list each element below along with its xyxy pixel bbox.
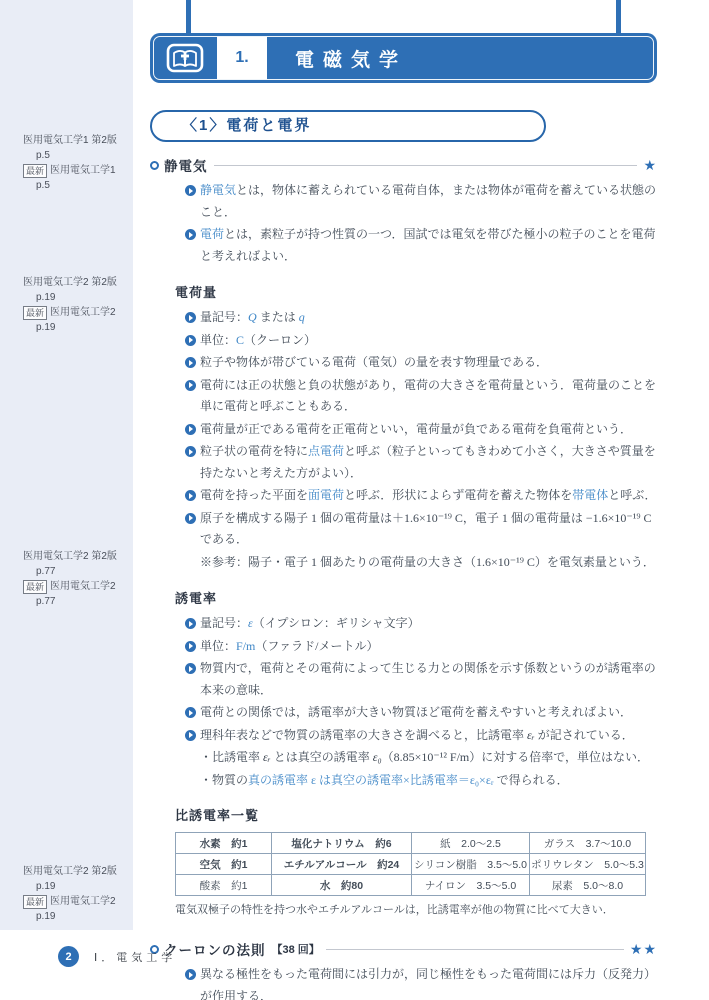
bullet-text: 理科年表などで物質の誘電率の大きさを調べると，比誘電率 εᵣ が記されている． xyxy=(200,728,634,742)
latest-badge: 最新 xyxy=(23,164,47,178)
page-footer: 2 Ⅰ．電気工学 xyxy=(58,946,176,967)
keyword-text: C xyxy=(236,333,244,347)
sidebar-ref: 医用電気工学2 第2版p.77最新医用電気工学2p.77 xyxy=(23,549,131,609)
sidebar: 医用電気工学1 第2版p.5最新医用電気工学1p.5医用電気工学2 第2版p.1… xyxy=(0,0,133,930)
ref-latest-title: 医用電気工学1 xyxy=(50,163,116,178)
sidebar-ref: 医用電気工学1 第2版p.5最新医用電気工学1p.5 xyxy=(23,133,131,193)
bullet-text: 異なる極性をもった電荷間には引力が，同じ極性をもった電荷間には斥力（反発力）が作… xyxy=(200,967,656,1000)
bullet-list: 静電気とは，物体に蓄えられている電荷自体，または物体が電荷を蓄えている状態のこと… xyxy=(150,180,657,267)
chapter-title: 電磁気学 xyxy=(295,37,407,79)
text-run: （イプシロン：ギリシャ文字） xyxy=(253,616,420,630)
bullet-text: 電荷との関係では，誘電率が大きい物質ほど電荷を蓄えやすいと考えればよい． xyxy=(200,705,632,719)
bullet-text: 静電気とは，物体に蓄えられている電荷自体，または物体が電荷を蓄えている状態のこと… xyxy=(200,183,656,219)
bullet-item: ・物質の真の誘電率 ε は真空の誘電率×比誘電率＝ε₀×εᵣ で得られる． xyxy=(150,770,657,792)
table-caption: 電気双極子の特性を持つ水やエチルアルコールは，比誘電率が他の物質に比べて大きい． xyxy=(175,901,657,917)
bullet-item: 量記号：Q または q xyxy=(150,307,657,329)
keyword-text: 帯電体 xyxy=(572,488,608,502)
bullet-item: 量記号：ε（イプシロン：ギリシャ文字） xyxy=(150,613,657,635)
importance-stars: ★ xyxy=(643,157,657,174)
circle-arrow-icon xyxy=(185,969,196,980)
table-cell: シリコン樹脂 3.5〜5.0 xyxy=(412,854,530,875)
keyword-text: F/m xyxy=(236,639,255,653)
section-heading: 〈1〉電荷と電界 xyxy=(150,110,546,142)
text-run: とは，素粒子が持つ性質の一つ．国試では電気を帯びた極小の粒子のことを電荷と考えれ… xyxy=(200,227,656,263)
keyword-text: q xyxy=(299,310,305,324)
table-row: 酸素 約1水 約80ナイロン 3.5〜5.0尿素 5.0〜8.0 xyxy=(176,875,646,896)
importance-stars: ★★ xyxy=(630,941,657,958)
circle-arrow-icon xyxy=(185,312,196,323)
ref-latest-row: 最新医用電気工学2 xyxy=(23,894,131,909)
topic-heading: クーロンの法則【38 回】★★ xyxy=(150,939,657,959)
circle-arrow-icon xyxy=(185,663,196,674)
connector-line-left xyxy=(186,0,191,37)
bullet-text: 物質内で，電荷とその電荷によって生じる力との関係を示す係数というのが誘電率の本来… xyxy=(200,661,656,697)
text-run: 電荷量が正である電荷を正電荷といい，電荷量が負である電荷を負電荷という． xyxy=(200,422,632,436)
table-row: 空気 約1エチルアルコール 約24シリコン樹脂 3.5〜5.0ポリウレタン 5.… xyxy=(176,854,646,875)
ref-title: 医用電気工学1 第2版 xyxy=(23,133,131,148)
subheading: 誘電率 xyxy=(150,588,657,607)
text-run: 電荷には正の状態と負の状態があり，電荷の大きさを電荷量という．電荷量のことを単に… xyxy=(200,378,656,414)
circle-arrow-icon xyxy=(185,335,196,346)
text-run: ・物質の xyxy=(200,773,248,787)
bullet-item: ・比誘電率 εᵣ とは真空の誘電率 ε₀（8.85×10⁻¹² F/m）に対する… xyxy=(150,747,657,769)
text-run: が記されている． xyxy=(535,728,634,742)
circle-arrow-icon xyxy=(185,707,196,718)
table-title: 比誘電率一覧 xyxy=(175,805,657,824)
bullet-item: 静電気とは，物体に蓄えられている電荷自体，または物体が電荷を蓄えている状態のこと… xyxy=(150,180,657,223)
circle-arrow-icon xyxy=(185,229,196,240)
topic-heading: 静電気★ xyxy=(150,155,657,175)
leader-line xyxy=(214,165,638,166)
bullet-item: 単位：C（クーロン） xyxy=(150,330,657,352)
latest-badge: 最新 xyxy=(23,306,47,320)
keyword-text: ε₀ xyxy=(373,750,382,764)
text-run: で得られる． xyxy=(494,773,569,787)
bullet-text: 単位：F/m（ファラド/メートル） xyxy=(200,639,378,653)
circle-arrow-icon xyxy=(185,618,196,629)
topic-title: クーロンの法則 xyxy=(164,939,266,959)
table-cell: エチルアルコール 約24 xyxy=(272,854,412,875)
bullet-item: 単位：F/m（ファラド/メートル） xyxy=(150,636,657,658)
text-run: （8.85×10⁻¹² F/m）に対する倍率で，単位はない． xyxy=(382,750,649,764)
chapter-header: 1. 電磁気学 xyxy=(150,33,657,83)
bullet-text: 電荷とは，素粒子が持つ性質の一つ．国試では電気を帯びた極小の粒子のことを電荷と考… xyxy=(200,227,656,263)
keyword-text: 静電気 xyxy=(200,183,236,197)
ref-title: 医用電気工学2 第2版 xyxy=(23,864,131,879)
text-run: 単位： xyxy=(200,333,236,347)
topic-title: 静電気 xyxy=(164,155,208,175)
textbook-page: { "colors": { "accent_blue": "#2e6fb5", … xyxy=(0,0,709,1000)
chapter-number: 1. xyxy=(217,37,267,79)
exam-round-tag: 【38 回】 xyxy=(272,941,320,957)
bullet-item: ※参考：陽子・電子 1 個あたりの電荷量の大きさ（1.6×10⁻¹⁹ C）を電気… xyxy=(150,552,657,574)
keyword-text: 電荷 xyxy=(200,227,224,241)
text-run: と呼ぶ． xyxy=(608,488,656,502)
bullet-text: ・比誘電率 εᵣ とは真空の誘電率 ε₀（8.85×10⁻¹² F/m）に対する… xyxy=(200,750,649,764)
table-cell: 紙 2.0〜2.5 xyxy=(412,833,530,854)
bullet-item: 電荷との関係では，誘電率が大きい物質ほど電荷を蓄えやすいと考えればよい． xyxy=(150,702,657,724)
bullet-text: 原子を構成する陽子 1 個の電荷量は＋1.6×10⁻¹⁹ C，電子 1 個の電荷… xyxy=(200,511,652,547)
table-block: 比誘電率一覧水素 約1塩化ナトリウム 約6紙 2.0〜2.5ガラス 3.7〜10… xyxy=(150,805,657,917)
latest-badge: 最新 xyxy=(23,895,47,909)
circle-outline-icon xyxy=(150,161,159,170)
ref-latest-page: p.5 xyxy=(23,178,131,193)
bullet-text: 量記号：Q または q xyxy=(200,310,305,324)
bullet-item: 電荷には正の状態と負の状態があり，電荷の大きさを電荷量という．電荷量のことを単に… xyxy=(150,375,657,418)
text-run: とは，物体に蓄えられている電荷自体，または物体が電荷を蓄えている状態のこと． xyxy=(200,183,656,219)
bullet-item: 粒子や物体が帯びている電荷（電気）の量を表す物理量である． xyxy=(150,352,657,374)
bullet-item: 粒子状の電荷を特に点電荷と呼ぶ（粒子といってもきわめて小さく，大きさや質量を持た… xyxy=(150,441,657,484)
text-run: 原子を構成する陽子 1 個の電荷量は＋1.6×10⁻¹⁹ C，電子 1 個の電荷… xyxy=(200,511,652,547)
bullet-item: 異なる極性をもった電荷間には引力が，同じ極性をもった電荷間には斥力（反発力）が作… xyxy=(150,964,657,1000)
table-row: 水素 約1塩化ナトリウム 約6紙 2.0〜2.5ガラス 3.7〜10.0 xyxy=(176,833,646,854)
subheading: 電荷量 xyxy=(150,282,657,301)
bullet-list: 異なる極性をもった電荷間には引力が，同じ極性をもった電荷間には斥力（反発力）が作… xyxy=(150,964,657,1000)
keyword-text: εᵣ xyxy=(527,728,535,742)
text-run: 粒子や物体が帯びている電荷（電気）の量を表す物理量である． xyxy=(200,355,548,369)
ref-latest-row: 最新医用電気工学2 xyxy=(23,305,131,320)
leader-line xyxy=(326,949,624,950)
bullet-list: 量記号：ε（イプシロン：ギリシャ文字）単位：F/m（ファラド/メートル）物質内で… xyxy=(150,613,657,791)
circle-arrow-icon xyxy=(185,490,196,501)
sidebar-ref: 医用電気工学2 第2版p.19最新医用電気工学2p.19 xyxy=(23,864,131,924)
circle-arrow-icon xyxy=(185,641,196,652)
keyword-text: Q xyxy=(248,310,257,324)
keyword-text: 面電荷 xyxy=(308,488,344,502)
medical-book-icon xyxy=(166,37,204,79)
ref-latest-title: 医用電気工学2 xyxy=(50,305,116,320)
table-cell: 水 約80 xyxy=(272,875,412,896)
bullet-item: 電荷量が正である電荷を正電荷といい，電荷量が負である電荷を負電荷という． xyxy=(150,419,657,441)
text-run: ※参考：陽子・電子 1 個あたりの電荷量の大きさ（1.6×10⁻¹⁹ C）を電気… xyxy=(200,555,655,569)
circle-arrow-icon xyxy=(185,357,196,368)
table-cell: ポリウレタン 5.0〜5.3 xyxy=(530,854,646,875)
text-run: 電荷との関係では，誘電率が大きい物質ほど電荷を蓄えやすいと考えればよい． xyxy=(200,705,632,719)
table-cell: ガラス 3.7〜10.0 xyxy=(530,833,646,854)
ref-latest-row: 最新医用電気工学1 xyxy=(23,163,131,178)
text-run: 量記号： xyxy=(200,310,248,324)
ref-latest-row: 最新医用電気工学2 xyxy=(23,579,131,594)
ref-title: 医用電気工学2 第2版 xyxy=(23,549,131,564)
table-cell: 酸素 約1 xyxy=(176,875,272,896)
bullet-text: 単位：C（クーロン） xyxy=(200,333,316,347)
circle-arrow-icon xyxy=(185,730,196,741)
text-run: 単位： xyxy=(200,639,236,653)
bullet-text: 粒子や物体が帯びている電荷（電気）の量を表す物理量である． xyxy=(200,355,548,369)
keyword-text: 真の誘電率 ε は真空の誘電率×比誘電率＝ε₀×εᵣ xyxy=(248,773,494,787)
keyword-text: 点電荷 xyxy=(308,444,344,458)
bullet-text: ※参考：陽子・電子 1 個あたりの電荷量の大きさ（1.6×10⁻¹⁹ C）を電気… xyxy=(200,555,655,569)
text-run: と呼ぶ．形状によらず電荷を蓄えた物体を xyxy=(344,488,572,502)
text-run: （ファラド/メートル） xyxy=(255,639,378,653)
ref-page: p.5 xyxy=(23,148,131,163)
circle-arrow-icon xyxy=(185,446,196,457)
connector-line-right xyxy=(616,0,621,37)
table-cell: 塩化ナトリウム 約6 xyxy=(272,833,412,854)
page-number-badge: 2 xyxy=(58,946,79,967)
bullet-text: 電荷を持った平面を面電荷と呼ぶ．形状によらず電荷を蓄えた物体を帯電体と呼ぶ． xyxy=(200,488,657,502)
bullet-item: 原子を構成する陽子 1 個の電荷量は＋1.6×10⁻¹⁹ C，電子 1 個の電荷… xyxy=(150,508,657,551)
ref-title: 医用電気工学2 第2版 xyxy=(23,275,131,290)
ref-page: p.19 xyxy=(23,290,131,305)
ref-page: p.19 xyxy=(23,879,131,894)
text-run: 物質内で，電荷とその電荷によって生じる力との関係を示す係数というのが誘電率の本来… xyxy=(200,661,656,697)
bullet-text: 電荷には正の状態と負の状態があり，電荷の大きさを電荷量という．電荷量のことを単に… xyxy=(200,378,656,414)
latest-badge: 最新 xyxy=(23,580,47,594)
circle-arrow-icon xyxy=(185,513,196,524)
bullet-text: 粒子状の電荷を特に点電荷と呼ぶ（粒子といってもきわめて小さく，大きさや質量を持た… xyxy=(200,444,656,480)
bullet-item: 電荷とは，素粒子が持つ性質の一つ．国試では電気を帯びた極小の粒子のことを電荷と考… xyxy=(150,224,657,267)
table-cell: 空気 約1 xyxy=(176,854,272,875)
table-cell: 尿素 5.0〜8.0 xyxy=(530,875,646,896)
text-run: ・比誘電率 xyxy=(200,750,263,764)
text-run: または xyxy=(257,310,299,324)
chapter-header-inner: 1. 電磁気学 xyxy=(153,36,654,80)
footer-section-label: Ⅰ．電気工学 xyxy=(94,949,176,965)
text-run: （クーロン） xyxy=(244,333,316,347)
relative-permittivity-table: 水素 約1塩化ナトリウム 約6紙 2.0〜2.5ガラス 3.7〜10.0空気 約… xyxy=(175,832,646,896)
circle-arrow-icon xyxy=(185,380,196,391)
content-blocks: 静電気★静電気とは，物体に蓄えられている電荷自体，または物体が電荷を蓄えている状… xyxy=(150,155,657,1000)
main-content: 〈1〉電荷と電界 静電気★静電気とは，物体に蓄えられている電荷自体，または物体が… xyxy=(150,110,657,1000)
bullet-item: 物質内で，電荷とその電荷によって生じる力との関係を示す係数というのが誘電率の本来… xyxy=(150,658,657,701)
circle-arrow-icon xyxy=(185,424,196,435)
ref-latest-page: p.77 xyxy=(23,594,131,609)
keyword-text: εᵣ xyxy=(263,750,271,764)
table-cell: ナイロン 3.5〜5.0 xyxy=(412,875,530,896)
text-run: 粒子状の電荷を特に xyxy=(200,444,308,458)
bullet-text: 量記号：ε（イプシロン：ギリシャ文字） xyxy=(200,616,420,630)
ref-latest-title: 医用電気工学2 xyxy=(50,579,116,594)
ref-latest-page: p.19 xyxy=(23,909,131,924)
ref-latest-page: p.19 xyxy=(23,320,131,335)
bullet-item: 理科年表などで物質の誘電率の大きさを調べると，比誘電率 εᵣ が記されている． xyxy=(150,725,657,747)
bullet-text: 電荷量が正である電荷を正電荷といい，電荷量が負である電荷を負電荷という． xyxy=(200,422,632,436)
ref-page: p.77 xyxy=(23,564,131,579)
text-run: 電荷を持った平面を xyxy=(200,488,308,502)
table-cell: 水素 約1 xyxy=(176,833,272,854)
text-run: 量記号： xyxy=(200,616,248,630)
text-run: 異なる極性をもった電荷間には引力が，同じ極性をもった電荷間には斥力（反発力）が作… xyxy=(200,967,656,1000)
text-run: とは真空の誘電率 xyxy=(271,750,373,764)
text-run: 理科年表などで物質の誘電率の大きさを調べると，比誘電率 xyxy=(200,728,527,742)
bullet-item: 電荷を持った平面を面電荷と呼ぶ．形状によらず電荷を蓄えた物体を帯電体と呼ぶ． xyxy=(150,485,657,507)
bullet-text: ・物質の真の誘電率 ε は真空の誘電率×比誘電率＝ε₀×εᵣ で得られる． xyxy=(200,773,569,787)
bullet-list: 量記号：Q または q単位：C（クーロン）粒子や物体が帯びている電荷（電気）の量… xyxy=(150,307,657,573)
circle-arrow-icon xyxy=(185,185,196,196)
sidebar-ref: 医用電気工学2 第2版p.19最新医用電気工学2p.19 xyxy=(23,275,131,335)
ref-latest-title: 医用電気工学2 xyxy=(50,894,116,909)
